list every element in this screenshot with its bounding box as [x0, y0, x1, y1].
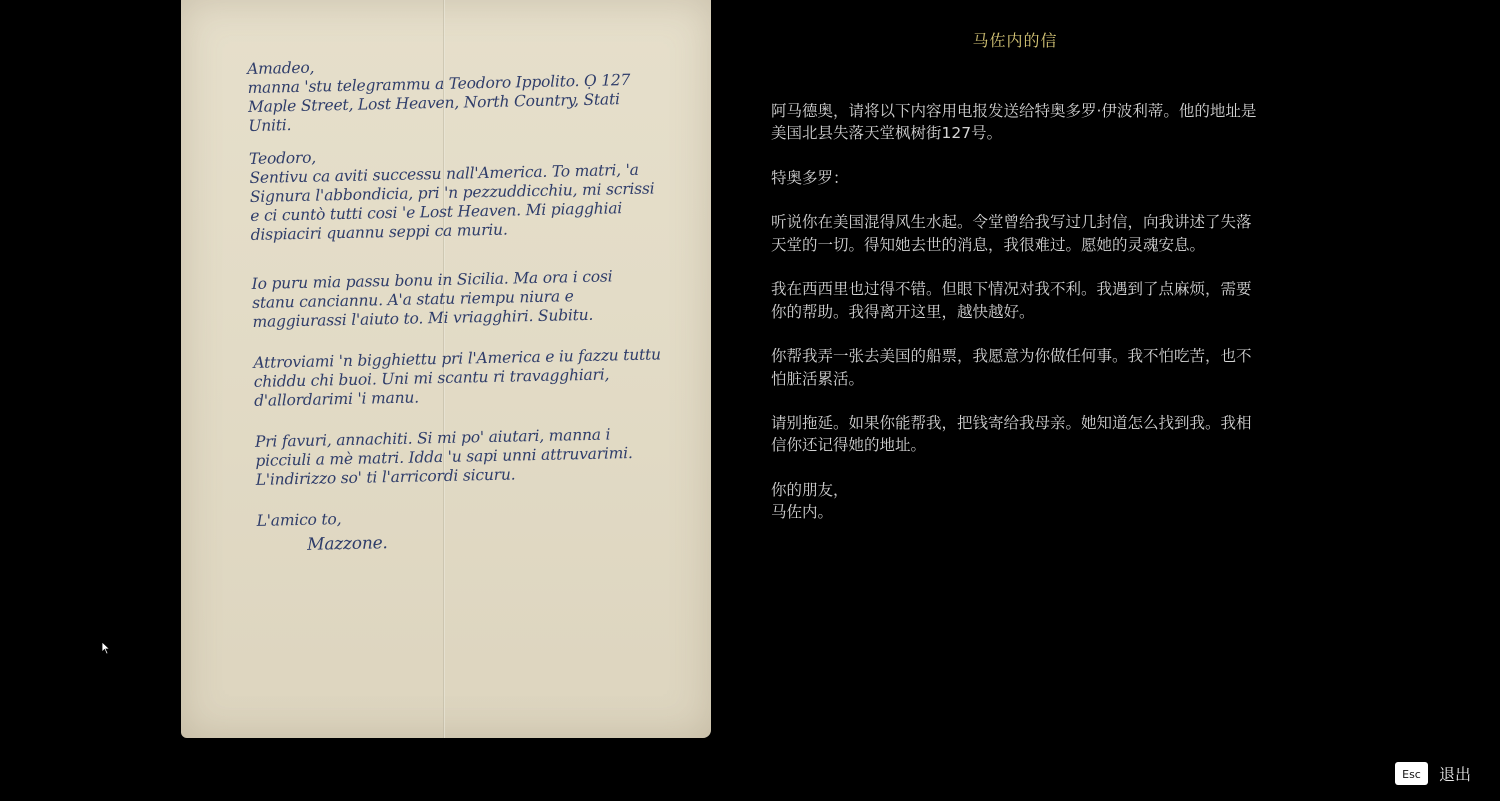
- translation-paragraph: 请别拖延。如果你能帮我，把钱寄给我母亲。她知道怎么找到我。我相信你还记得她的地址…: [771, 412, 1261, 457]
- handwritten-letter: Amadeo, manna 'stu telegrammu a Teodoro …: [247, 51, 698, 578]
- esc-key-icon: Esc: [1395, 762, 1428, 785]
- letter-title: 马佐内的信: [900, 28, 1130, 51]
- translation-paragraph: 阿马德奥，请将以下内容用电报发送给特奥多罗·伊波利蒂。他的地址是美国北县失落天堂…: [771, 100, 1261, 145]
- handwritten-closing: L'amico to,: [256, 503, 696, 531]
- letter-translation: 阿马德奥，请将以下内容用电报发送给特奥多罗·伊波利蒂。他的地址是美国北县失落天堂…: [771, 100, 1261, 524]
- translation-signoff: 你的朋友，: [771, 479, 1261, 501]
- handwritten-signature: Mazzone.: [307, 528, 697, 555]
- translation-signoff-name: 马佐内。: [771, 501, 1261, 523]
- translation-paragraph: 你帮我弄一张去美国的船票，我愿意为你做任何事。我不怕吃苦，也不怕脏活累活。: [771, 345, 1261, 390]
- translation-paragraph: 听说你在美国混得风生水起。令堂曾给我写过几封信，向我讲述了失落天堂的一切。得知她…: [771, 211, 1261, 256]
- exit-button[interactable]: Esc 退出: [1395, 762, 1471, 785]
- translation-greeting: 特奥多罗：: [771, 167, 1261, 189]
- translation-paragraph: 我在西西里也过得不错。但眼下情况对我不利。我遇到了点麻烦，需要你的帮助。我得离开…: [771, 278, 1261, 323]
- mouse-cursor-icon: [101, 641, 111, 655]
- letter-paper-image: Amadeo, manna 'stu telegrammu a Teodoro …: [181, 0, 711, 738]
- exit-label: 退出: [1439, 762, 1471, 785]
